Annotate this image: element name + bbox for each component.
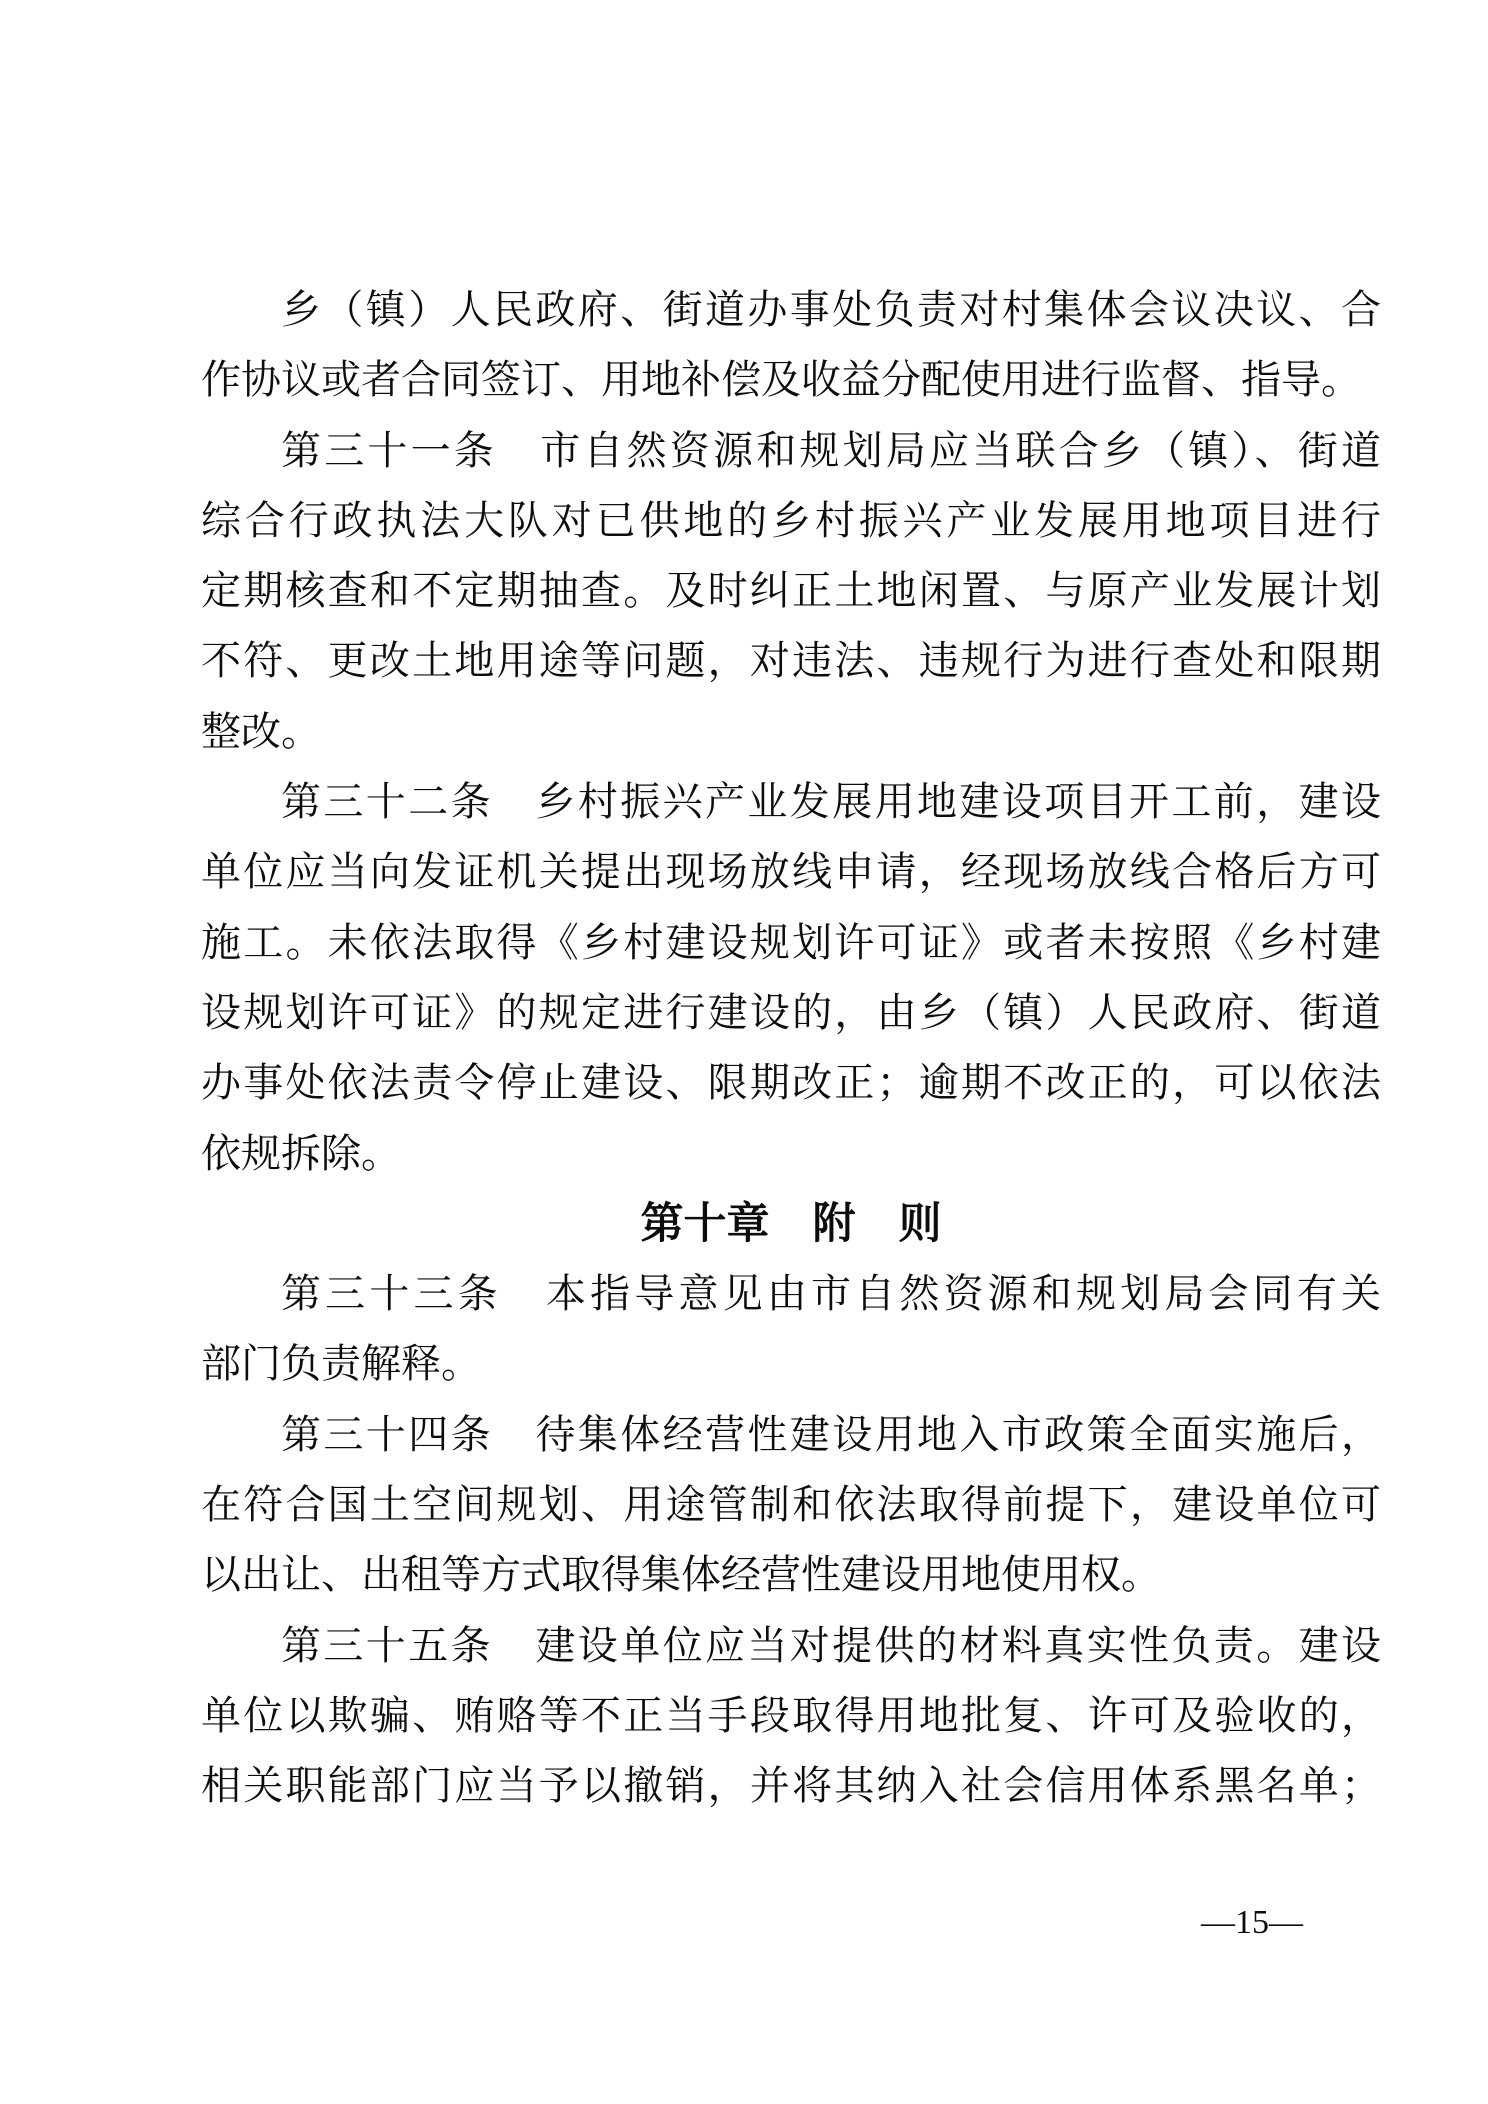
text-line: 以出让、出租等方式取得集体经营性建设用地使用权。	[201, 1540, 1381, 1610]
text-line: 单位以欺骗、贿赂等不正当手段取得用地批复、许可及验收的，	[201, 1681, 1381, 1751]
body-paragraph: 第三十三条 本指导意见由市自然资源和规划局会同有关部门负责解释。	[201, 1259, 1381, 1400]
text-line: 依规拆除。	[201, 1119, 1381, 1189]
text-line: 第三十四条 待集体经营性建设用地入市政策全面实施后，	[201, 1400, 1381, 1470]
text-line: 单位应当向发证机关提出现场放线申请，经现场放线合格后方可	[201, 837, 1381, 907]
text-line: 乡（镇）人民政府、街道办事处负责对村集体会议决议、合	[201, 275, 1381, 345]
text-line: 不符、更改土地用途等问题，对违法、违规行为进行查处和限期	[201, 626, 1381, 696]
body-paragraph: 第三十四条 待集体经营性建设用地入市政策全面实施后，在符合国土空间规划、用途管制…	[201, 1400, 1381, 1611]
text-line: 第三十一条 市自然资源和规划局应当联合乡（镇）、街道	[201, 416, 1381, 486]
text-line: 综合行政执法大队对已供地的乡村振兴产业发展用地项目进行	[201, 486, 1381, 556]
text-line: 相关职能部门应当予以撤销，并将其纳入社会信用体系黑名单；	[201, 1751, 1381, 1821]
text-line: 定期核查和不定期抽查。及时纠正土地闲置、与原产业发展计划	[201, 556, 1381, 626]
text-line: 第三十二条 乡村振兴产业发展用地建设项目开工前，建设	[201, 767, 1381, 837]
text-line: 第三十五条 建设单位应当对提供的材料真实性负责。建设	[201, 1611, 1381, 1681]
text-line: 整改。	[201, 697, 1381, 767]
text-line: 设规划许可证》的规定进行建设的，由乡（镇）人民政府、街道	[201, 978, 1381, 1048]
text-line: 第三十三条 本指导意见由市自然资源和规划局会同有关	[201, 1259, 1381, 1329]
body-paragraph: 第三十五条 建设单位应当对提供的材料真实性负责。建设单位以欺骗、贿赂等不正当手段…	[201, 1611, 1381, 1822]
text-line: 办事处依法责令停止建设、限期改正；逾期不改正的，可以依法	[201, 1048, 1381, 1118]
text-line: 施工。未依法取得《乡村建设规划许可证》或者未按照《乡村建	[201, 908, 1381, 978]
chapter-heading-block: 第十章 附 则	[201, 1189, 1381, 1259]
document-page: 乡（镇）人民政府、街道办事处负责对村集体会议决议、合作协议或者合同签订、用地补偿…	[0, 0, 1488, 2104]
page-number: —15—	[1201, 1899, 1303, 1947]
text-line: 部门负责解释。	[201, 1329, 1381, 1399]
chapter-heading: 第十章 附 则	[201, 1189, 1381, 1259]
body-paragraph: 第三十一条 市自然资源和规划局应当联合乡（镇）、街道综合行政执法大队对已供地的乡…	[201, 416, 1381, 767]
text-line: 在符合国土空间规划、用途管制和依法取得前提下，建设单位可	[201, 1470, 1381, 1540]
document-body: 乡（镇）人民政府、街道办事处负责对村集体会议决议、合作协议或者合同签订、用地补偿…	[201, 275, 1381, 1822]
text-line: 作协议或者合同签订、用地补偿及收益分配使用进行监督、指导。	[201, 345, 1381, 415]
body-paragraph: 乡（镇）人民政府、街道办事处负责对村集体会议决议、合作协议或者合同签订、用地补偿…	[201, 275, 1381, 416]
body-paragraph: 第三十二条 乡村振兴产业发展用地建设项目开工前，建设单位应当向发证机关提出现场放…	[201, 767, 1381, 1189]
